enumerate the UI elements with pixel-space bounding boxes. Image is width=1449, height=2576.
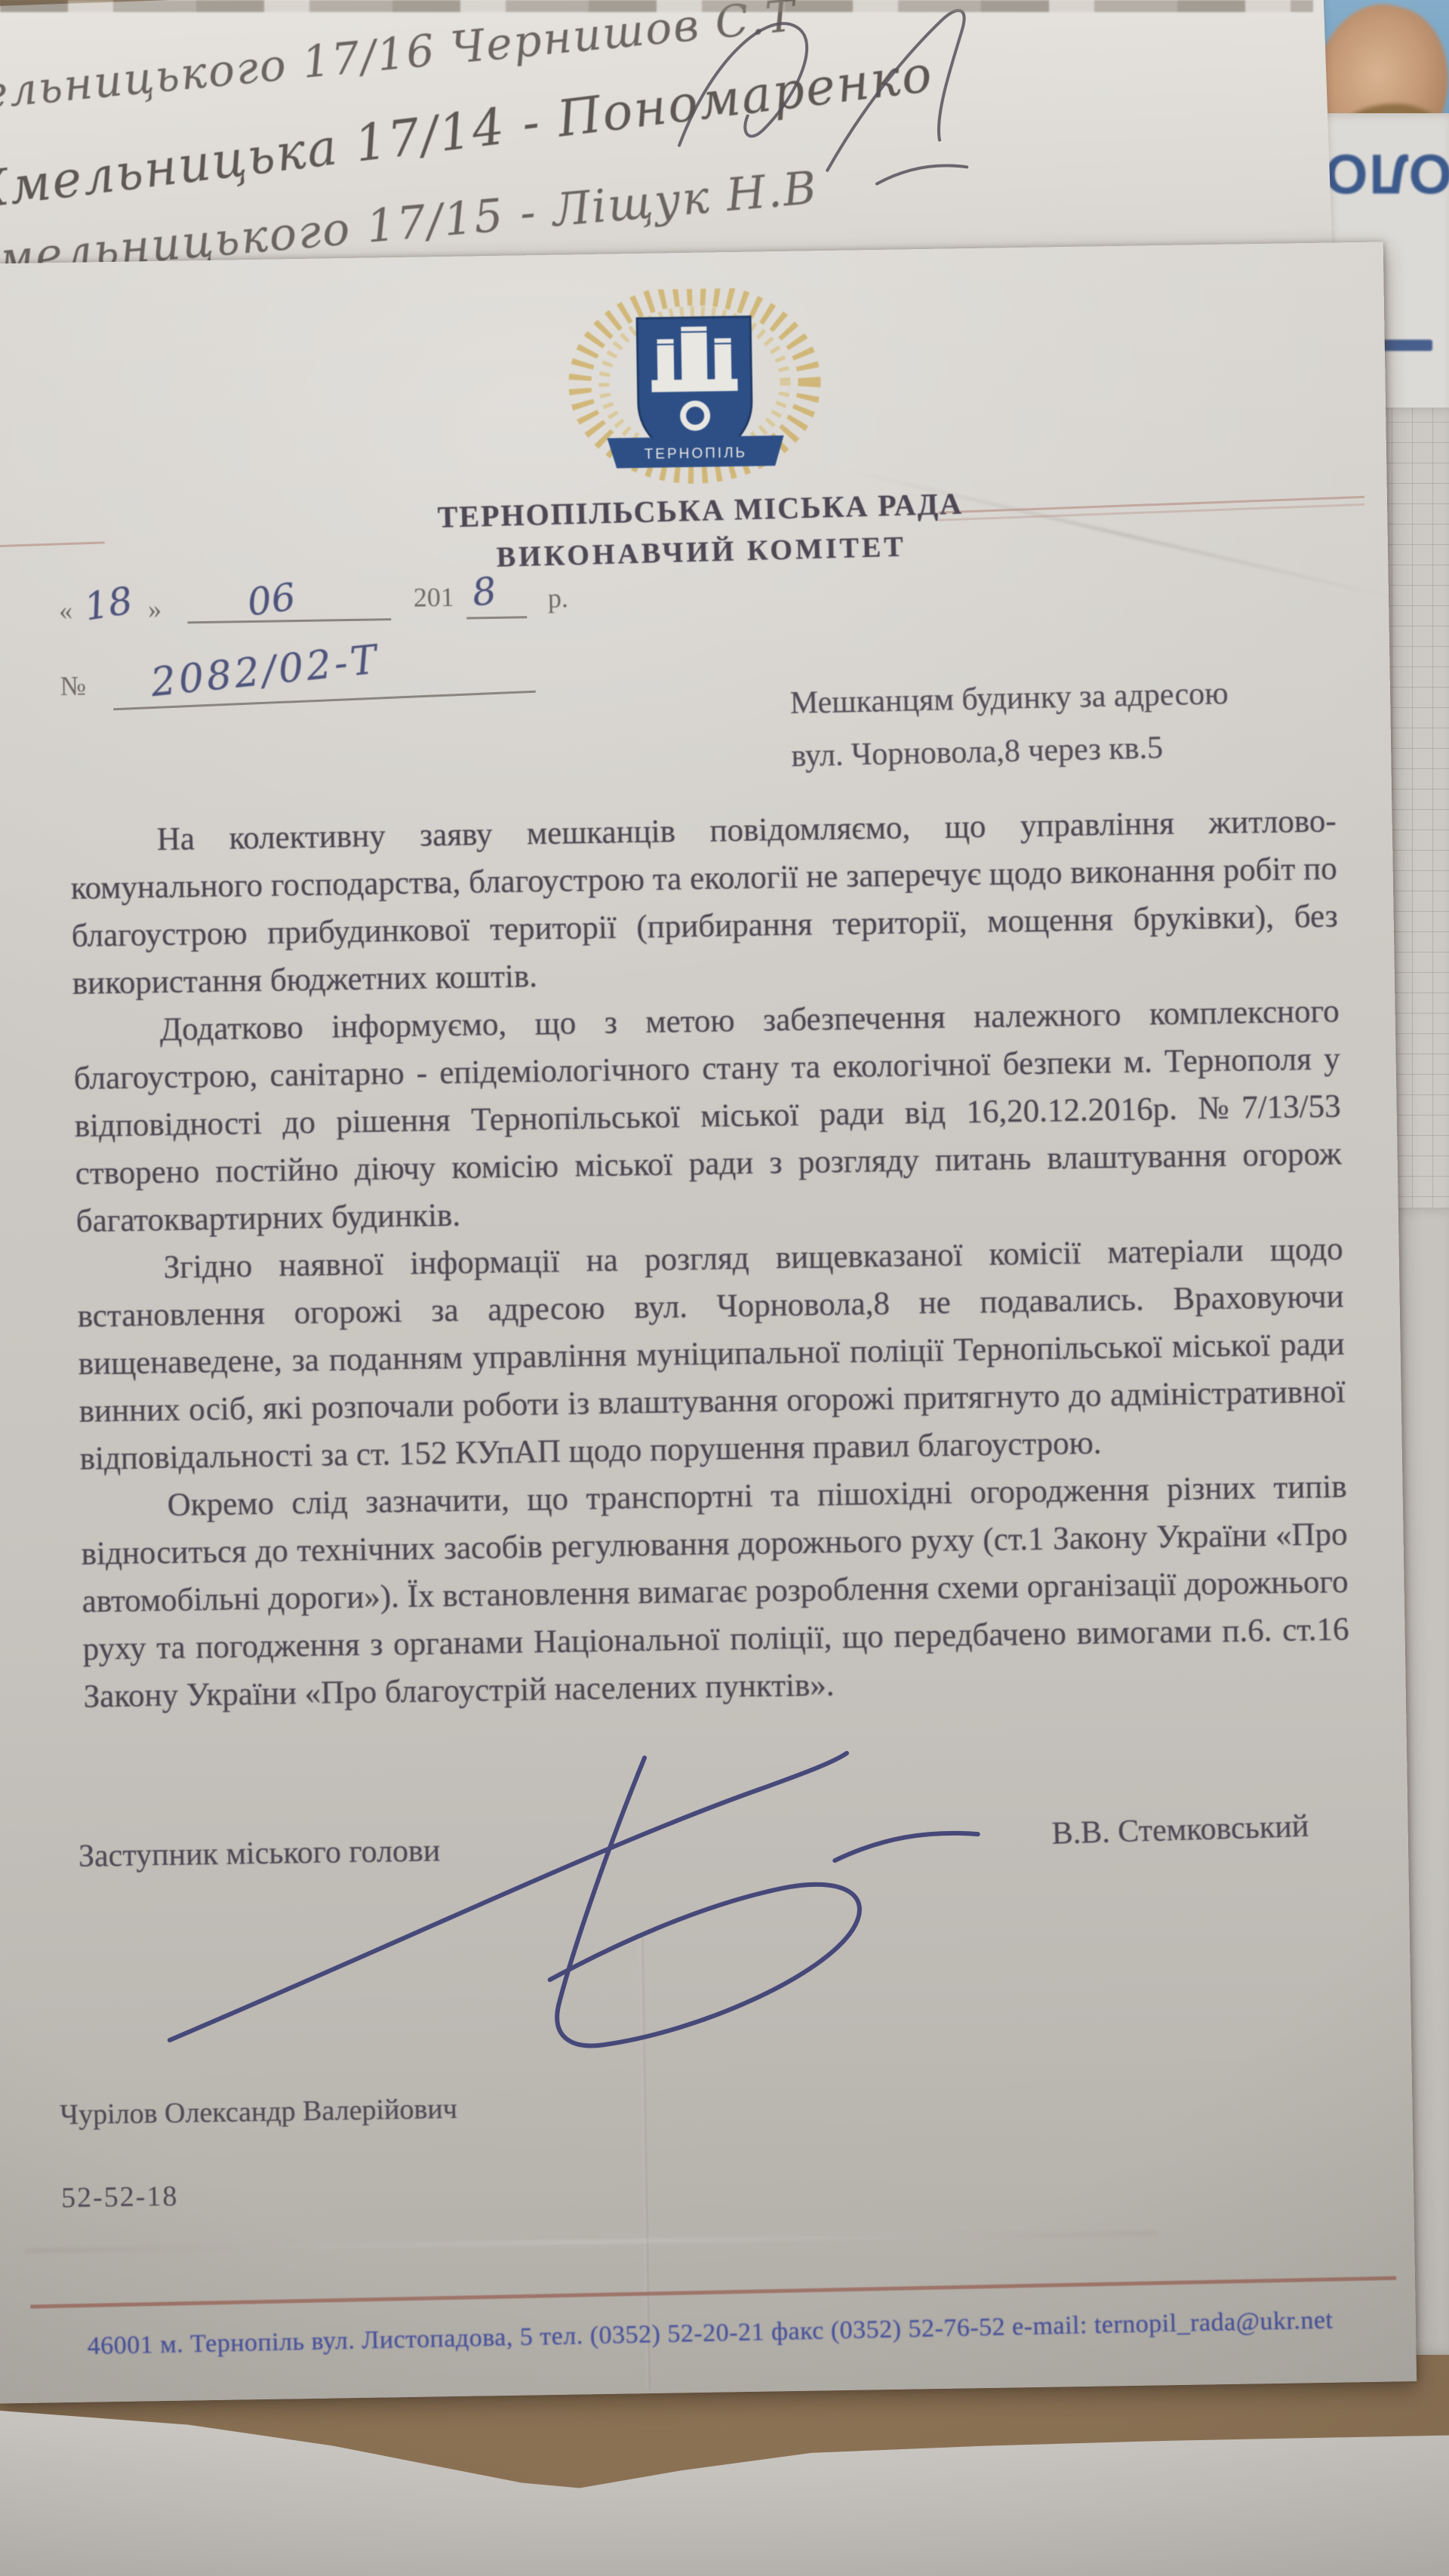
body-paragraph: Окремо слід зазначити, що транспортні та… <box>80 1463 1350 1720</box>
quote-close: » <box>148 593 162 625</box>
handwriting-flourish <box>644 0 1044 229</box>
torn-paper-top-edge <box>0 0 1313 12</box>
org-name: ТЕРНОПІЛЬСЬКА МІСЬКА РАДА <box>375 484 1025 536</box>
body-paragraph: Згідно наявної інформації на розгляд вищ… <box>76 1225 1346 1482</box>
executor-phone: 52-52-18 <box>61 2180 179 2214</box>
footer-rule <box>30 2276 1396 2309</box>
number-label: № <box>60 669 86 702</box>
front-bottom-paper <box>0 2400 1449 2576</box>
signature-name: В.В. Стемковський <box>1051 1808 1309 1852</box>
date-year-printed: 201 <box>414 581 455 614</box>
letterhead: ТЕРНОПІЛЬСЬКА МІСЬКА РАДА ВИКОНАВЧИЙ КОМ… <box>375 484 1026 577</box>
date-day-handwritten: 18 <box>82 578 136 629</box>
emblem-banner-text: ТЕРНОПІЛЬ <box>645 445 748 463</box>
letter-body: На колективну заяву мешканців повідомляє… <box>69 797 1350 1720</box>
addressee-block: Мешканцям будинку за адресою вул. Чорнов… <box>789 666 1305 783</box>
date-year-handwritten: 8 <box>469 568 499 614</box>
body-paragraph: На колективну заяву мешканців повідомляє… <box>69 797 1339 1007</box>
city-coat-of-arms: ТЕРНОПІЛЬ <box>561 287 829 494</box>
photo-of-letter-scene: ОЛО ельницького 17/16 Чернишов С.Т Хмель… <box>0 0 1449 2576</box>
letter-paper: ТЕРНОПІЛЬ ТЕРНОПІЛЬСЬКА МІСЬКА РАДА ВИКО… <box>0 242 1417 2403</box>
date-and-number-block: « 18 » 06 201 8 р. № 2082/02-Т <box>59 578 635 728</box>
date-month-handwritten: 06 <box>245 575 298 625</box>
quote-open: « <box>59 595 73 626</box>
date-line: « 18 » 06 201 8 р. <box>59 578 633 648</box>
date-year-suffix: р. <box>548 582 569 614</box>
footer-contact-line: 46001 м. Тернопіль вул. Листопадова, 5 т… <box>42 2305 1378 2362</box>
date-underline <box>466 616 527 619</box>
paper-crease <box>26 2230 1158 2253</box>
body-paragraph: Додатково інформуємо, що з метою забезпе… <box>72 987 1343 1245</box>
executor-name: Чурілов Олександр Валерійович <box>60 2092 457 2131</box>
org-unit: ВИКОНАВЧИЙ КОМІТЕТ <box>377 527 1026 577</box>
addressee-line2: вул. Чорновола,8 через кв.5 <box>791 719 1305 783</box>
document-number-line: № 2082/02-Т <box>60 651 634 728</box>
pen-signature-stroke <box>124 1746 1034 2062</box>
document-number-handwritten: 2082/02-Т <box>149 637 382 706</box>
letterhead-rule-left <box>0 541 105 548</box>
